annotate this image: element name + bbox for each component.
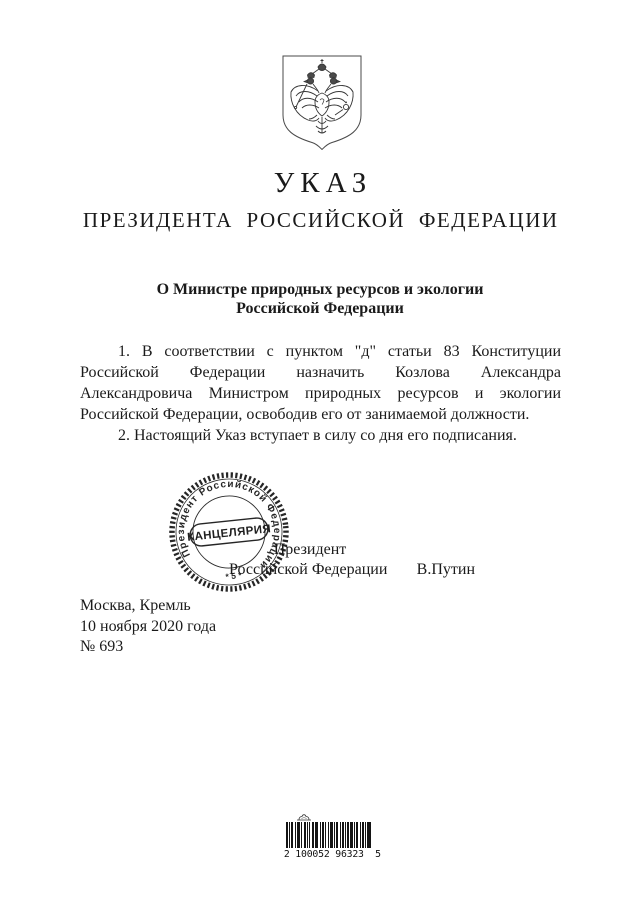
barcode-eagle-emblem-icon (295, 812, 313, 821)
decree-number: № 693 (80, 637, 216, 658)
barcode-bars (283, 822, 373, 848)
decree-subject-heading: О Министре природных ресурсов и экологии… (0, 280, 640, 318)
barcode-block: 2 100052 96323 5 (283, 812, 373, 860)
double-headed-eagle (291, 59, 353, 133)
decree-clause-2: 2. Настоящий Указ вступает в силу со дня… (80, 425, 561, 446)
signature-name: В.Путин (417, 560, 475, 579)
signature-post-line1: Президент (229, 540, 391, 559)
decree-text-line: Александровича Министром природных ресур… (80, 383, 561, 404)
decree-text-line: Российской Федерации, освободив его от з… (80, 404, 561, 425)
decree-subtitle: ПРЕЗИДЕНТА РОССИЙСКОЙ ФЕДЕРАЦИИ (0, 208, 640, 233)
decree-title: УКАЗ (0, 167, 640, 200)
decree-text-line: 1. В соответствии с пунктом "д" статьи 8… (80, 341, 561, 362)
barcode-digits: 2 100052 96323 5 (284, 849, 372, 860)
issue-details-block: Москва, Кремль 10 ноября 2020 года № 693 (80, 596, 216, 658)
decree-clause-1: 1. В соответствии с пунктом "д" статьи 8… (80, 341, 561, 425)
decree-text-line: Российской Федерации назначить Козлова А… (80, 362, 561, 383)
signature-post-line2: Российской Федерации (229, 560, 387, 579)
signature-block: Президент Российской Федерации В.Путин (229, 540, 475, 579)
issue-place: Москва, Кремль (80, 596, 216, 617)
decree-document-page: УКАЗ ПРЕЗИДЕНТА РОССИЙСКОЙ ФЕДЕРАЦИИ О М… (0, 0, 640, 905)
issue-date: 10 ноября 2020 года (80, 617, 216, 638)
coat-of-arms-icon (282, 55, 362, 150)
